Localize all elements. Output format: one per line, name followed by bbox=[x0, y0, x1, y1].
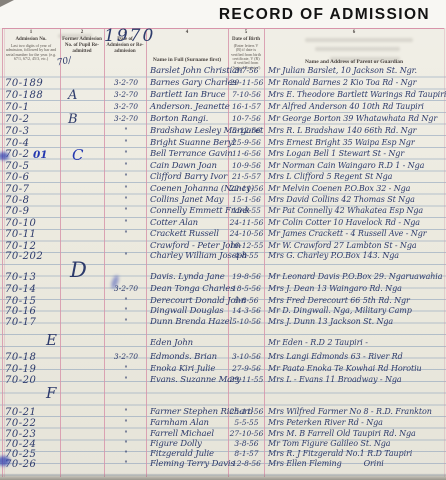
pupil-name: Fitzgerald Julie bbox=[150, 449, 214, 459]
section-letter: E bbox=[46, 331, 57, 349]
birth-date: 3-8-56 bbox=[229, 439, 264, 448]
admission-number-overwrite: 01 bbox=[33, 149, 48, 161]
birth-date: 5-8-56 bbox=[229, 296, 264, 305]
admission-number: 70-189 bbox=[5, 78, 43, 89]
admission-number: 70-11 bbox=[5, 229, 36, 240]
register-row: 70-20"Evans. Suzanne Mary29-11-55Mrs L -… bbox=[0, 375, 446, 387]
parent-name-address: Mrs R. L Bradshaw 140 66th Rd. Ngr bbox=[268, 126, 416, 135]
pupil-name: Anderson. Jeanette bbox=[150, 102, 230, 112]
birth-date: 18-5-56 bbox=[229, 284, 264, 293]
admission-number: 70-13 bbox=[5, 272, 36, 283]
pupil-name: Crackett Russell bbox=[150, 229, 219, 239]
col-header-name: 4 Name in Full (Surname first) bbox=[146, 30, 228, 63]
parent-name-address: Mr Paata Enoka Te Kowhai Rd Horotiu bbox=[268, 364, 422, 373]
admission-date: 3-2-70 bbox=[106, 102, 146, 111]
pupil-name: Barnes Gary Charles bbox=[150, 78, 237, 88]
pupil-name: Bright Suanne Beryl bbox=[150, 138, 235, 148]
admission-register-page: RECORD OF ADMISSION 1 Admission No. Last… bbox=[0, 0, 446, 480]
admission-number: 70-21 bbox=[5, 407, 36, 418]
register-row: 70-9"Connelly Emmett Frank15-9-55Mr Pat … bbox=[0, 206, 446, 218]
parent-name-address: Mrs David Collins 42 Thomas St Nga bbox=[268, 195, 415, 204]
parent-name-address: Mrs L - Evans 11 Broadway - Nga bbox=[268, 375, 402, 384]
admission-number: 70-10 bbox=[5, 218, 36, 229]
parent-name-address: Mrs Peterken River Rd - Nga bbox=[268, 418, 383, 427]
register-row: 70-1893-2-70Barnes Gary Charles29-11-56M… bbox=[0, 78, 446, 90]
pupil-name: Collins Janet May bbox=[150, 195, 223, 205]
col-title: Name and Address of Parent or Guardian bbox=[264, 59, 444, 65]
admission-date: " bbox=[106, 317, 146, 326]
birth-date: 14-3-56 bbox=[229, 306, 264, 315]
admission-number: 70-8 bbox=[5, 195, 29, 206]
register-row: 70-143-2-70Dean Tonga Charles18-5-56Mrs … bbox=[0, 284, 446, 296]
admission-number: 70-22 bbox=[5, 418, 36, 429]
birth-date: 27-9-56 bbox=[229, 364, 264, 373]
parent-name-address: Mr Colin Cotter 10 Havelock Rd - Nga bbox=[268, 218, 420, 227]
pupil-name: Fleming Terry Davis bbox=[150, 459, 235, 469]
pupil-name: Enoka Kiri Julie bbox=[150, 364, 215, 374]
admission-number: 70-9 bbox=[5, 206, 29, 217]
admission-date: " bbox=[106, 296, 146, 305]
pupil-name: Evans. Suzanne Mary bbox=[150, 375, 241, 385]
pupil-name: Dean Tonga Charles bbox=[150, 284, 234, 294]
parent-name-address: Mrs Logan Bell 1 Stewart St - Ngr bbox=[268, 149, 404, 158]
pupil-name: Figure Dolly bbox=[150, 439, 202, 449]
col-title: Name in Full (Surname first) bbox=[146, 57, 228, 63]
admission-number: 70-4 bbox=[5, 138, 29, 149]
section-letter: F bbox=[46, 384, 56, 402]
birth-date: 15-9-55 bbox=[229, 206, 264, 215]
birth-date: 15-1-56 bbox=[229, 195, 264, 204]
page-corner-shadow bbox=[0, 0, 14, 7]
parent-name-address: Mrs Fred Derecourt 66 5th Rd. Ngr bbox=[268, 296, 410, 305]
col-header-birth-date: 5 Date of Birth (Enter letters V (B) if … bbox=[228, 30, 264, 70]
birth-date: 24-11-56 bbox=[229, 218, 264, 227]
pupil-name: Clifford Barry Ivor bbox=[150, 172, 227, 182]
col-header-parent: 6 Name and Address of Parent or Guardian bbox=[264, 30, 444, 65]
col-number: 6 bbox=[264, 30, 444, 35]
parent-name-address: Mrs L Clifford 5 Regent St Nga bbox=[268, 172, 392, 181]
pupil-name: Cain Dawn Joan bbox=[150, 161, 217, 171]
birth-date: 29-11-56 bbox=[229, 78, 264, 87]
admission-date: 3-2-70 bbox=[106, 90, 146, 99]
section-letter: B bbox=[68, 112, 78, 127]
col-title: Admission No. bbox=[2, 37, 60, 43]
admission-date: " bbox=[106, 172, 146, 181]
birth-date: 8-1-57 bbox=[229, 449, 264, 458]
pupil-name: Bell Terrance Gavin bbox=[150, 149, 233, 159]
birth-date: 5-5-55 bbox=[229, 418, 264, 427]
birth-date: 24-10-56 bbox=[229, 229, 264, 238]
parent-name-address: Mrs M. B Farrell Old Taupiri Rd. Nga bbox=[268, 429, 416, 438]
admission-date: " bbox=[106, 459, 146, 468]
admission-number: 70-20 bbox=[5, 375, 36, 386]
admission-date: " bbox=[106, 126, 146, 135]
parent-name-address: Mr D. Dingwall. Nga, Military Camp bbox=[268, 306, 412, 315]
table-top-border bbox=[2, 28, 444, 29]
admission-number: 70-14 bbox=[5, 284, 36, 295]
admission-number: 70-202 bbox=[5, 251, 43, 262]
admission-number: 70-18 bbox=[5, 352, 36, 363]
parent-name-address: Mr Alfred Anderson 40 10th Rd Taupiri bbox=[268, 102, 424, 111]
col-number: 2 bbox=[60, 30, 104, 35]
parent-name-address: Mr Pat Connelly 42 Whakatea Esp Nga bbox=[268, 206, 423, 215]
birth-date: 19-8-56 bbox=[229, 272, 264, 281]
register-row: 70-183-2-70Edmonds. Brian3-10-56Mrs Lang… bbox=[0, 352, 446, 364]
parent-name-address: Mr Julian Barslet, 10 Jackson St. Ngr. bbox=[268, 66, 417, 75]
admission-date: " bbox=[106, 138, 146, 147]
col-title: Date of Birth bbox=[228, 37, 264, 43]
parent-name-address: Mrs Ernest Bright 35 Waipa Esp Ngr bbox=[268, 138, 415, 147]
birth-date: 10-7-56 bbox=[229, 114, 264, 123]
birth-date: 16-1-57 bbox=[229, 102, 264, 111]
admission-number: 70-17 bbox=[5, 317, 36, 328]
birth-date: 4-8-55 bbox=[229, 251, 264, 260]
admission-date: " bbox=[106, 149, 146, 158]
admission-number: 70-6 bbox=[5, 172, 29, 183]
admission-date: " bbox=[106, 251, 146, 260]
register-row: EEden JohnMr Eden - R.D 2 Taupiri - bbox=[0, 338, 446, 350]
admission-date: " bbox=[106, 218, 146, 227]
parent-name-address: Mr James Crackett - 4 Russell Ave - Ngr bbox=[268, 229, 426, 238]
admission-number: 70-2 bbox=[5, 114, 29, 125]
parent-name-address: Mr George Borton 39 Whatawhata Rd Ngr bbox=[268, 114, 437, 123]
pupil-name: Farnham Alan bbox=[150, 418, 209, 428]
admission-date: " bbox=[106, 418, 146, 427]
handwritten-year: 1970 bbox=[104, 26, 155, 46]
parent-name-address: Mrs Wilfred Farmer No 8 - R.D. Frankton bbox=[268, 407, 432, 416]
admission-number: 70-3 bbox=[5, 126, 29, 137]
admission-date: " bbox=[106, 206, 146, 215]
pupil-name: Borton Rangi. bbox=[150, 114, 208, 124]
admission-number: 70-7 bbox=[5, 184, 29, 195]
register-row: 70-3"Bradshaw Lesley Margaret5-12-56Mrs … bbox=[0, 126, 446, 138]
admission-date: " bbox=[106, 184, 146, 193]
pupil-name: Davis. Lynda Jane bbox=[150, 272, 225, 282]
admission-date: " bbox=[106, 195, 146, 204]
col-number: 5 bbox=[228, 30, 264, 35]
parent-name-address: Mrs R. J Fitzgerald No.1 R.D Taupiri bbox=[268, 449, 412, 458]
section-letter: A bbox=[68, 88, 77, 103]
page-title: RECORD OF ADMISSION bbox=[219, 6, 430, 24]
birth-date: 22-11-56 bbox=[229, 184, 264, 193]
parent-name-address: Mrs E. Theodore Bartlett Warings Rd Taup… bbox=[268, 90, 446, 99]
birth-date: 29-11-55 bbox=[229, 375, 264, 384]
register-row: 70-201C"Bell Terrance Gavin11-6-56Mrs Lo… bbox=[0, 149, 446, 161]
pupil-name: Bartlett Ian Bruce bbox=[150, 90, 226, 100]
admission-date: " bbox=[106, 306, 146, 315]
parent-name-address: Mr Melvin Coenen P.O.Box 32 - Nga bbox=[268, 184, 410, 193]
parent-name-address: Mr Eden - R.D 2 Taupiri - bbox=[268, 338, 368, 347]
pupil-name: Dingwall Douglas bbox=[150, 306, 224, 316]
birth-date: 25-11-56 bbox=[229, 407, 264, 416]
birth-date: 3-10-56 bbox=[229, 352, 264, 361]
admission-date: 3-2-70 bbox=[106, 114, 146, 123]
pupil-name: Crawford - Peter John bbox=[150, 241, 241, 251]
birth-date: 25-9-56 bbox=[229, 138, 264, 147]
col-number: 4 bbox=[146, 30, 228, 35]
admission-date: " bbox=[106, 407, 146, 416]
pupil-name: Farrell Michael bbox=[150, 429, 214, 439]
parent-name-address: Mrs Ellen Fleming Orini bbox=[268, 459, 384, 468]
birth-date: 3-7-56 bbox=[229, 66, 264, 75]
pupil-name: Edmonds. Brian bbox=[150, 352, 217, 362]
admission-number: 70-1 bbox=[5, 102, 29, 113]
parent-name-address: Mr Leonard Davis P.O.Box 29. Ngaruawahia bbox=[268, 272, 442, 281]
parent-name-address: Mr Norman Cain Waingaro R.D 1 - Nga bbox=[268, 161, 424, 170]
register-row: 70-13Davis. Lynda Jane19-8-56Mr Leonard … bbox=[0, 272, 446, 284]
register-row: 70-17"Dunn Brenda Hazel5-10-56Mrs J. Dun… bbox=[0, 317, 446, 329]
birth-date: 16-12-55 bbox=[229, 241, 264, 250]
register-row: 70-2B3-2-70Borton Rangi.10-7-56Mr George… bbox=[0, 114, 446, 126]
col-title: Former Admission No. of Pupil Re-admitte… bbox=[60, 37, 104, 54]
pupil-name: Dunn Brenda Hazel bbox=[150, 317, 232, 327]
admission-date: 3-2-70 bbox=[106, 78, 146, 87]
register-row: Barslet John Christian3-7-56Mr Julian Ba… bbox=[0, 66, 446, 78]
admission-date: " bbox=[106, 375, 146, 384]
col-note: Last two digits of year of admission, fo… bbox=[2, 44, 60, 62]
admission-date: " bbox=[106, 429, 146, 438]
parent-name-address: Mrs G. Charley P.O.Box 143. Nga bbox=[268, 251, 399, 260]
pupil-name: Eden John bbox=[150, 338, 193, 348]
birth-date: 10-9-56 bbox=[229, 161, 264, 170]
admission-number: 70-19 bbox=[5, 364, 36, 375]
birth-date: 5-10-56 bbox=[229, 317, 264, 326]
admission-date: " bbox=[106, 439, 146, 448]
birth-date: 7-10-56 bbox=[229, 90, 264, 99]
register-row: 70-6"Clifford Barry Ivor21-5-57Mrs L Cli… bbox=[0, 172, 446, 184]
birth-date: 5-12-56 bbox=[229, 126, 264, 135]
register-row: 70-188A3-2-70Bartlett Ian Bruce7-10-56Mr… bbox=[0, 90, 446, 102]
col-header-admission-no: 1 Admission No. Last two digits of year … bbox=[2, 30, 60, 61]
pupil-name: Cotter Alan bbox=[150, 218, 198, 228]
parent-name-address: Mr Ronald Barnes 2 Kio Toa Rd - Ngr bbox=[268, 78, 416, 87]
admission-date: " bbox=[106, 364, 146, 373]
birth-date: 12-8-56 bbox=[229, 459, 264, 468]
col-header-former-no: 2 Former Admission No. of Pupil Re-admit… bbox=[60, 30, 104, 54]
admission-number: 70-5 bbox=[5, 161, 29, 172]
admission-date: " bbox=[106, 161, 146, 170]
register-row: 70-13-2-70Anderson. Jeanette16-1-57Mr Al… bbox=[0, 102, 446, 114]
page-bottom-edge bbox=[0, 473, 446, 480]
parent-name-address: Mrs J. Dean 13 Waingaro Rd. Nga bbox=[268, 284, 402, 293]
admission-date: " bbox=[106, 229, 146, 238]
admission-date: 3-2-70 bbox=[106, 352, 146, 361]
birth-date: 21-5-57 bbox=[229, 172, 264, 181]
parent-name-address: Mr W. Crawford 27 Lambton St - Nga bbox=[268, 241, 417, 250]
register-row: 70-11"Crackett Russell24-10-56Mr James C… bbox=[0, 229, 446, 241]
admission-number: 70-188 bbox=[5, 90, 43, 101]
parent-name-address: Mrs Langi Edmonds 63 - River Rd bbox=[268, 352, 403, 361]
parent-name-address: Mrs J. Dunn 13 Jackson St. Nga bbox=[268, 317, 393, 326]
birth-date: 27-10-56 bbox=[229, 429, 264, 438]
col-number: 1 bbox=[2, 30, 60, 35]
birth-date: 11-6-56 bbox=[229, 149, 264, 158]
register-row: 70-26"Fleming Terry Davis12-8-56Mrs Elle… bbox=[0, 459, 446, 471]
parent-name-address: Mr Tom Figure Galileo St. Nga bbox=[268, 439, 390, 448]
admission-date: " bbox=[106, 449, 146, 458]
register-row: F bbox=[0, 393, 446, 405]
admission-number: 70-16 bbox=[5, 306, 36, 317]
